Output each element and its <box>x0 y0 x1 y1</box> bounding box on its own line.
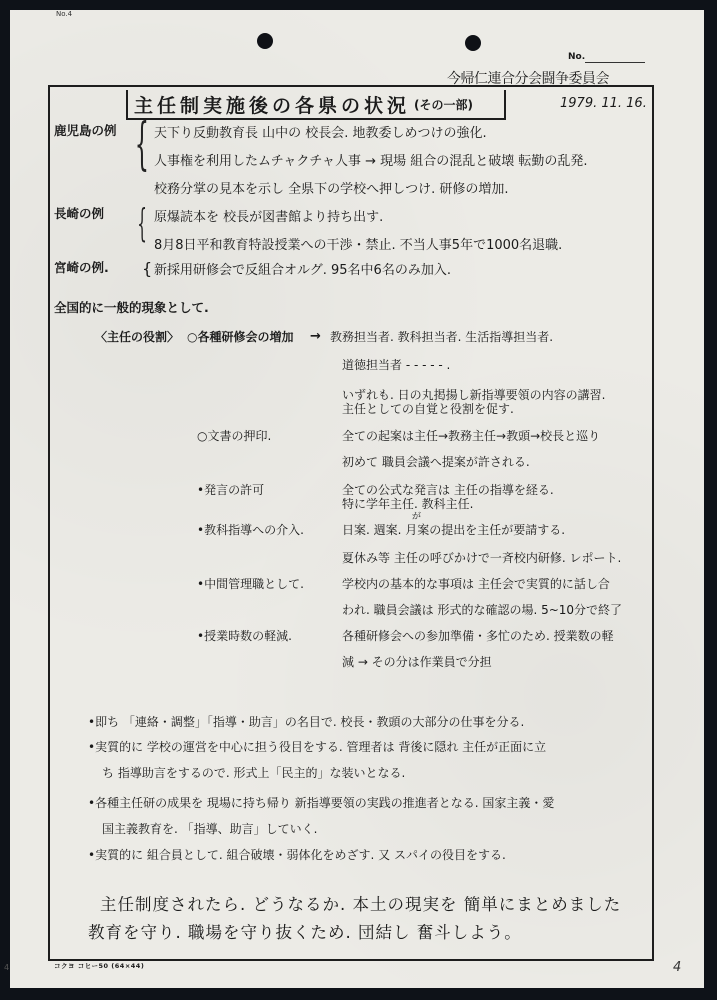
closing-line: 主任制度されたら. どうなるか. 本土の現実を 簡単にまとめました <box>100 897 621 914</box>
role-item-label: •発言の許可 <box>197 484 264 496</box>
role-detail: 教務担当者. 教科担当者. 生活指導担当者. <box>330 331 553 343</box>
role-detail: 各種研修会への参加準備・多忙のため. 授業数の軽 <box>342 630 614 642</box>
role-detail: 減 → その分は作業員で分担 <box>342 656 492 668</box>
prefecture-label-nagasaki: 長崎の例 <box>54 208 104 221</box>
correction-mark: が <box>412 513 421 522</box>
punch-hole-icon <box>465 35 481 51</box>
list-item: 校務分掌の見本を示し 全県下の学校へ押しつけ. 研修の増加. <box>154 183 509 196</box>
role-item-label: •授業時数の軽減. <box>197 630 292 642</box>
bullet-item: •各種主任研の成果を 現場に持ち帰り 新指導要領の実践の推進者となる. 国家主義… <box>88 797 554 809</box>
document-page: No.4 No. 今帰仁連合分会闘争委員会 主任制実施後の各県の状況 (その一部… <box>10 10 704 988</box>
brace-icon: { <box>135 117 149 173</box>
list-item: 新採用研修会で反組合オルグ. 95名中6名のみ加入. <box>154 264 451 277</box>
role-detail: 特に学年主任. 教科主任. <box>342 498 473 510</box>
role-detail: 主任としての自覚と役割を促す. <box>342 403 514 415</box>
brace-icon: { <box>142 261 152 277</box>
role-item-label: ○文書の押印. <box>197 430 271 442</box>
prefecture-label-kagoshima: 鹿児島の例 <box>54 125 117 138</box>
bullet-item: •即ち 「連絡・調整」「指導・助言」の名目で. 校長・教頭の大部分の仕事を分る. <box>88 716 524 728</box>
page-number: 4 <box>673 960 681 975</box>
bullet-item: 国主義教育を. 「指導、助言」していく. <box>102 823 317 835</box>
role-detail: 道徳担当者 - - - - - . <box>342 359 450 371</box>
role-detail: われ. 職員会議は 形式的な確認の場. 5~10分で終了 <box>342 604 622 616</box>
role-detail: 日案. 週案. 月案の提出を主任が要請する. <box>342 524 565 536</box>
title-box: 主任制実施後の各県の状況 (その一部) <box>126 90 506 120</box>
role-detail: 全ての起案は主任→教務主任→教頭→校長と巡り <box>342 430 600 442</box>
bullet-item: •実質的に 組合員として. 組合破壊・弱体化をめざす. 又 スパイの役目をする. <box>88 849 506 861</box>
punch-hole-icon <box>257 33 273 49</box>
role-item-label: ○各種研修会の増加 <box>187 331 293 343</box>
role-item-label: •教科指導への介入. <box>197 524 304 536</box>
arrow-icon: → <box>310 330 321 343</box>
prefecture-label-miyazaki: 宮崎の例. <box>54 262 109 275</box>
corner-mark: 4 <box>4 963 9 972</box>
list-item: 原爆読本を 校長が図書館より持ち出す. <box>154 211 383 224</box>
role-detail: 初めて 職員会議へ提案が許される. <box>342 456 530 468</box>
list-item: 8月8日平和教育特設授業への干渉・禁止. 不当人事5年で1000名退職. <box>154 239 562 252</box>
document-date: 1979. 11. 16. <box>560 97 647 110</box>
brace-icon: { <box>137 204 147 242</box>
page-title: 主任制実施後の各県の状況 <box>134 91 410 118</box>
role-detail: 夏休み等 主任の呼びかけで一斉校内研修. レポート. <box>342 552 621 564</box>
list-item: 天下り反動教育長 山中の 校長会. 地教委しめつけの強化. <box>154 127 487 140</box>
top-mark: No.4 <box>56 10 72 18</box>
bullet-item: ち 指導助言をするので. 形式上「民主的」な装いとなる. <box>102 767 405 779</box>
document-frame: 主任制実施後の各県の状況 (その一部) 1979. 11. 16. 鹿児島の例 … <box>48 85 654 961</box>
section-heading: 全国的に一般的現象として. <box>54 302 209 315</box>
closing-line: 教育を守り. 職場を守り抜くため. 団結し 奮斗しよう。 <box>88 925 522 942</box>
bullet-item: •実質的に 学校の運営を中心に担う役目をする. 管理者は 背後に隠れ 主任が正面… <box>88 741 546 753</box>
role-label: 〈主任の役割〉 <box>95 331 179 343</box>
paper-brand-mark: コクヨ コヒー50 (64×44) <box>54 961 144 970</box>
role-detail: 全ての公式な発言は 主任の指導を経る. <box>342 484 554 496</box>
role-detail: いずれも. 日の丸掲揚し新指導要領の内容の講習. <box>342 389 605 401</box>
list-item: 人事権を利用したムチャクチャ人事 → 現場 組合の混乱と破壊 転勤の乱発. <box>154 155 588 168</box>
number-label: No. <box>568 52 585 62</box>
page-subtitle: (その一部) <box>414 96 473 113</box>
number-line <box>585 62 645 63</box>
role-detail: 学校内の基本的な事項は 主任会で実質的に話し合 <box>342 578 610 590</box>
role-item-label: •中間管理職として. <box>197 578 304 590</box>
